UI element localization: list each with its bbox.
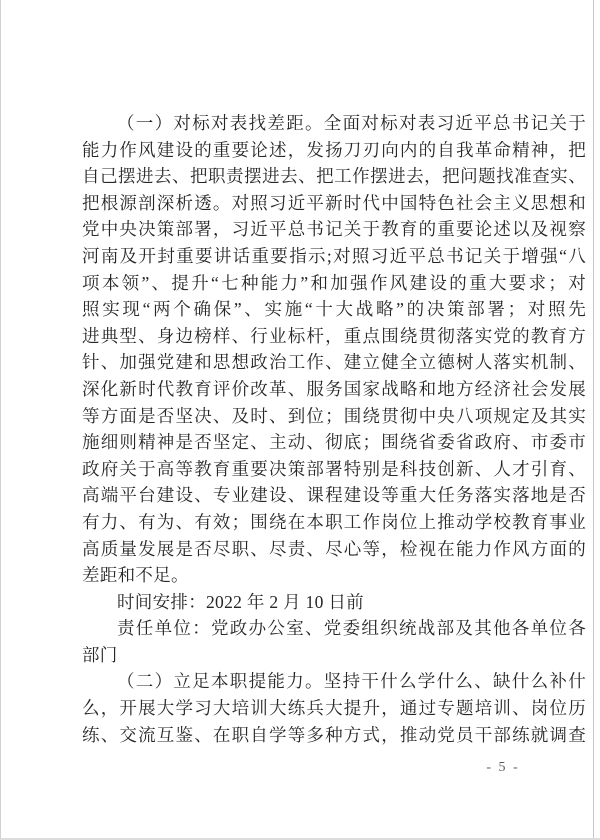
- text-line: （二）立足本职提能力。坚持干什么学什么、缺什么补什: [82, 668, 586, 695]
- text-line: 高质量发展是否尽职、尽责、尽心等，检视在能力作风方面的: [82, 536, 586, 563]
- text-line: 责任单位：党政办公室、党委组织统战部及其他各单位各: [82, 615, 586, 642]
- text-line: （一）对标对表找差距。全面对标对表习近平总书记关于: [82, 110, 586, 137]
- text-line: 进典型、身边榜样、行业标杆，重点围绕贯彻落实党的教育方: [82, 323, 586, 350]
- text-line: 照实现“两个确保”、实施“十大战略”的决策部署；对照先: [82, 296, 586, 323]
- page-number: - 5 -: [467, 758, 539, 778]
- page-right-edge-line: [593, 0, 594, 840]
- text-line: 河南及开封重要讲话重要指示;对照习近平总书记关于增强“八: [82, 243, 586, 270]
- text-line: 等方面是否坚决、及时、到位；围绕贯彻中央八项规定及其实: [82, 403, 586, 430]
- text-line: 差距和不足。: [82, 562, 586, 589]
- text-line: 项本领”、提升“七种能力”和加强作风建设的重大要求；对: [82, 270, 586, 297]
- document-page: （一）对标对表找差距。全面对标对表习近平总书记关于能力作风建设的重要论述，发扬刀…: [1, 0, 593, 838]
- text-line: 部门: [82, 642, 586, 669]
- document-body-text: （一）对标对表找差距。全面对标对表习近平总书记关于能力作风建设的重要论述，发扬刀…: [82, 110, 586, 748]
- text-line: 施细则精神是否坚定、主动、彻底；围绕省委省政府、市委市: [82, 429, 586, 456]
- text-line: 时间安排：2022 年 2 月 10 日前: [82, 589, 586, 616]
- page-left-edge-line: [0, 0, 1, 840]
- text-line: 有力、有为、有效；围绕在本职工作岗位上推动学校教育事业: [82, 509, 586, 536]
- text-line: 党中央决策部署，习近平总书记关于教育的重要论述以及视察: [82, 216, 586, 243]
- text-line: 把根源剖深析透。对照习近平新时代中国特色社会主义思想和: [82, 190, 586, 217]
- text-line: 能力作风建设的重要论述，发扬刀刃向内的自我革命精神，把: [82, 137, 586, 164]
- text-line: 深化新时代教育评价改革、服务国家战略和地方经济社会发展: [82, 376, 586, 403]
- text-line: 针、加强党建和思想政治工作、建立健全立德树人落实机制、: [82, 349, 586, 376]
- text-line: 么，开展大学习大培训大练兵大提升，通过专题培训、岗位历: [82, 695, 586, 722]
- text-line: 练、交流互鉴、在职自学等多种方式，推动党员干部练就调查: [82, 722, 586, 749]
- text-line: 自己摆进去、把职责摆进去、把工作摆进去，把问题找准查实、: [82, 163, 586, 190]
- text-line: 政府关于高等教育重要决策部署特别是科技创新、人才引育、: [82, 456, 586, 483]
- text-line: 高端平台建设、专业建设、课程建设等重大任务落实落地是否: [82, 482, 586, 509]
- document-viewport: （一）对标对表找差距。全面对标对表习近平总书记关于能力作风建设的重要论述，发扬刀…: [0, 0, 600, 840]
